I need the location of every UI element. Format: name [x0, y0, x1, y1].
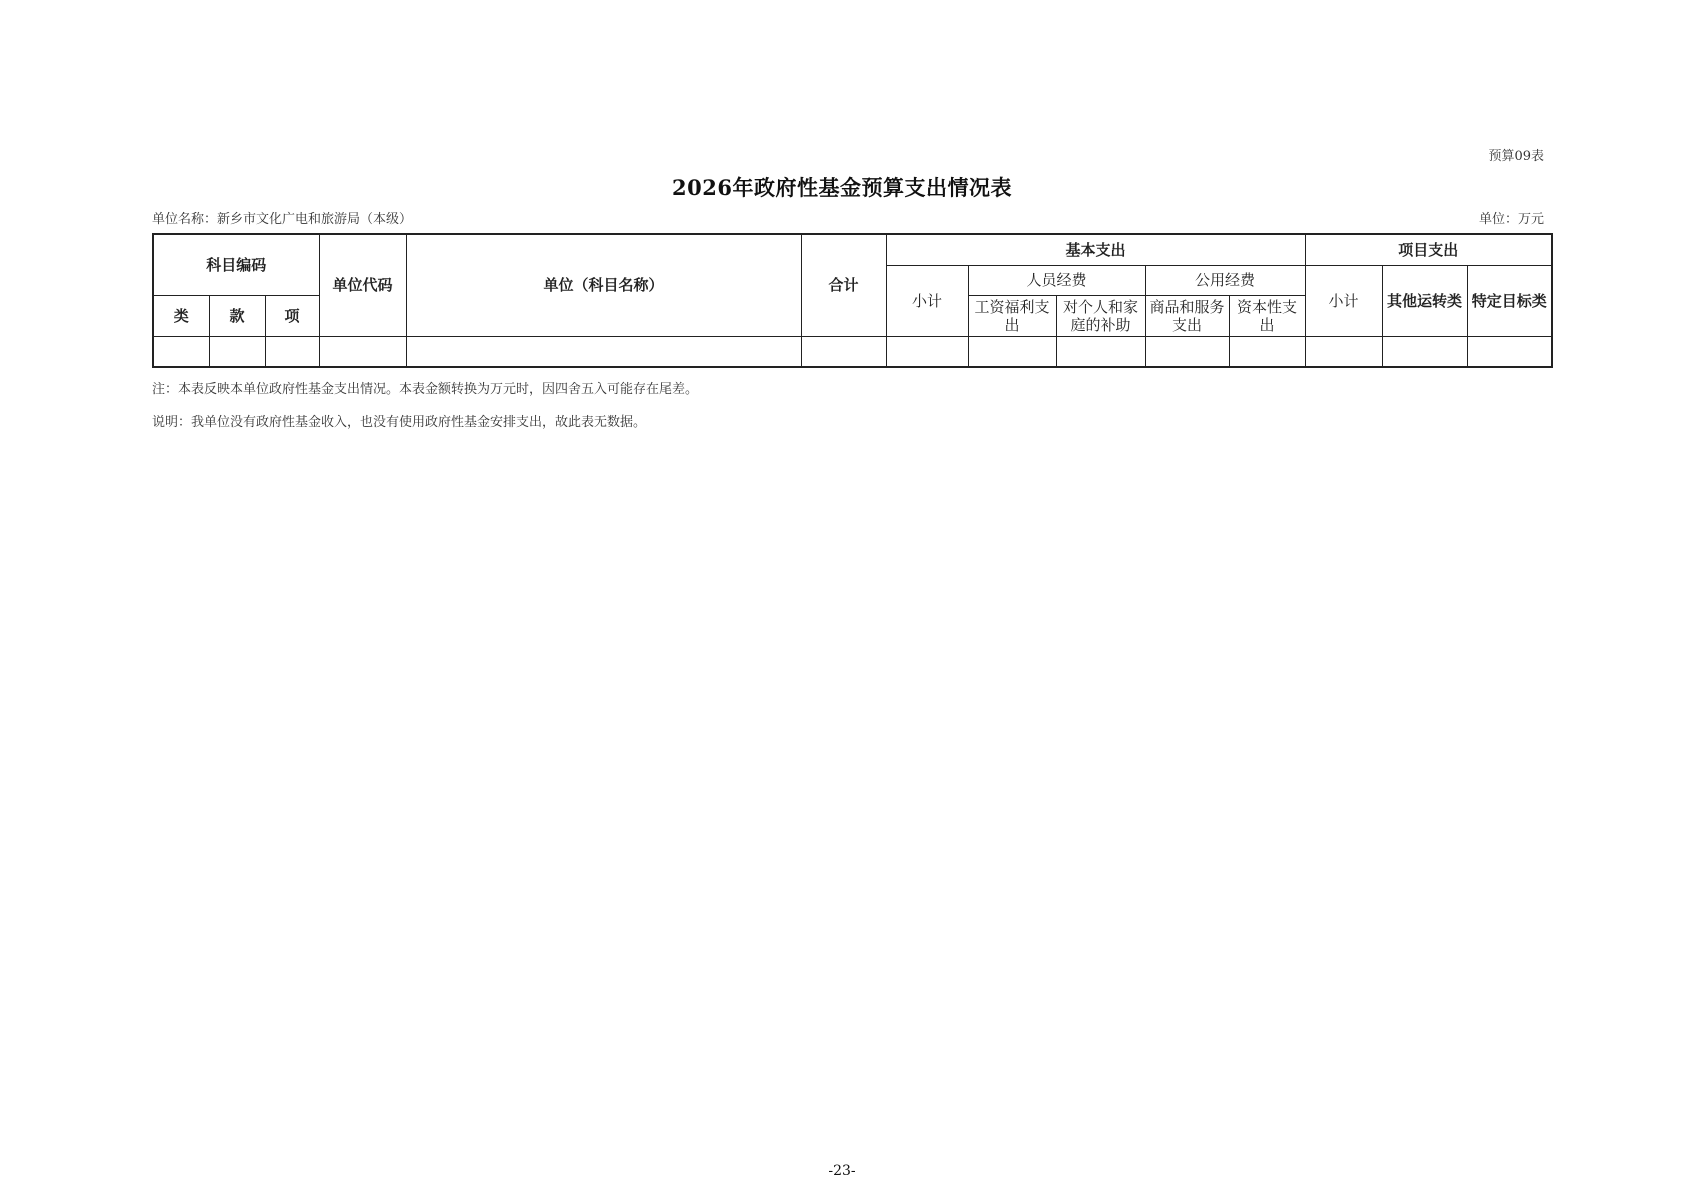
page-number: -23-	[0, 1163, 1684, 1179]
table-cell	[209, 336, 265, 367]
header-project-expenditure: 项目支出	[1305, 234, 1552, 265]
header-basic-expenditure: 基本支出	[886, 234, 1305, 265]
table-cell	[319, 336, 406, 367]
header-specific-objectives: 特定目标类	[1467, 265, 1552, 336]
table-cell	[1229, 336, 1305, 367]
table-cell	[406, 336, 801, 367]
page-title: 2026年政府性基金预算支出情况表	[0, 172, 1684, 202]
table-explanation: 说明：我单位没有政府性基金收入，也没有使用政府性基金安排支出，故此表无数据。	[152, 411, 646, 430]
budget-table: 科目编码 单位代码 单位（科目名称） 合计 基本支出 项目支出 小计 人员经费 …	[152, 233, 1553, 368]
header-personnel-expenses: 人员经费	[968, 265, 1145, 295]
header-wages-welfare: 工资福利支出	[968, 295, 1056, 336]
header-total: 合计	[801, 234, 886, 336]
header-goods-services: 商品和服务支出	[1145, 295, 1229, 336]
header-unit-code: 单位代码	[319, 234, 406, 336]
table-cell	[968, 336, 1056, 367]
table-cell	[153, 336, 209, 367]
table-cell	[886, 336, 968, 367]
header-basic-subtotal: 小计	[886, 265, 968, 336]
table-row	[153, 336, 1552, 367]
unit-currency: 单位：万元	[1479, 208, 1544, 227]
header-unit-subject-name: 单位（科目名称）	[406, 234, 801, 336]
table-cell	[801, 336, 886, 367]
form-number: 预算09表	[1488, 145, 1544, 164]
header-category: 类	[153, 295, 209, 336]
table-cell	[1467, 336, 1552, 367]
table-note: 注：本表反映本单位政府性基金支出情况。本表金额转换为万元时，因四舍五入可能存在尾…	[152, 378, 698, 397]
header-individual-family-subsidy: 对个人和家庭的补助	[1056, 295, 1145, 336]
table-cell	[265, 336, 319, 367]
table-cell	[1056, 336, 1145, 367]
unit-name: 单位名称：新乡市文化广电和旅游局（本级）	[152, 208, 412, 227]
header-public-expenses: 公用经费	[1145, 265, 1305, 295]
table-cell	[1382, 336, 1467, 367]
header-item: 项	[265, 295, 319, 336]
header-project-subtotal: 小计	[1305, 265, 1382, 336]
table-cell	[1305, 336, 1382, 367]
header-capital-expenditure: 资本性支出	[1229, 295, 1305, 336]
header-section: 款	[209, 295, 265, 336]
header-other-operations: 其他运转类	[1382, 265, 1467, 336]
table-cell	[1145, 336, 1229, 367]
header-subject-code: 科目编码	[153, 234, 319, 295]
